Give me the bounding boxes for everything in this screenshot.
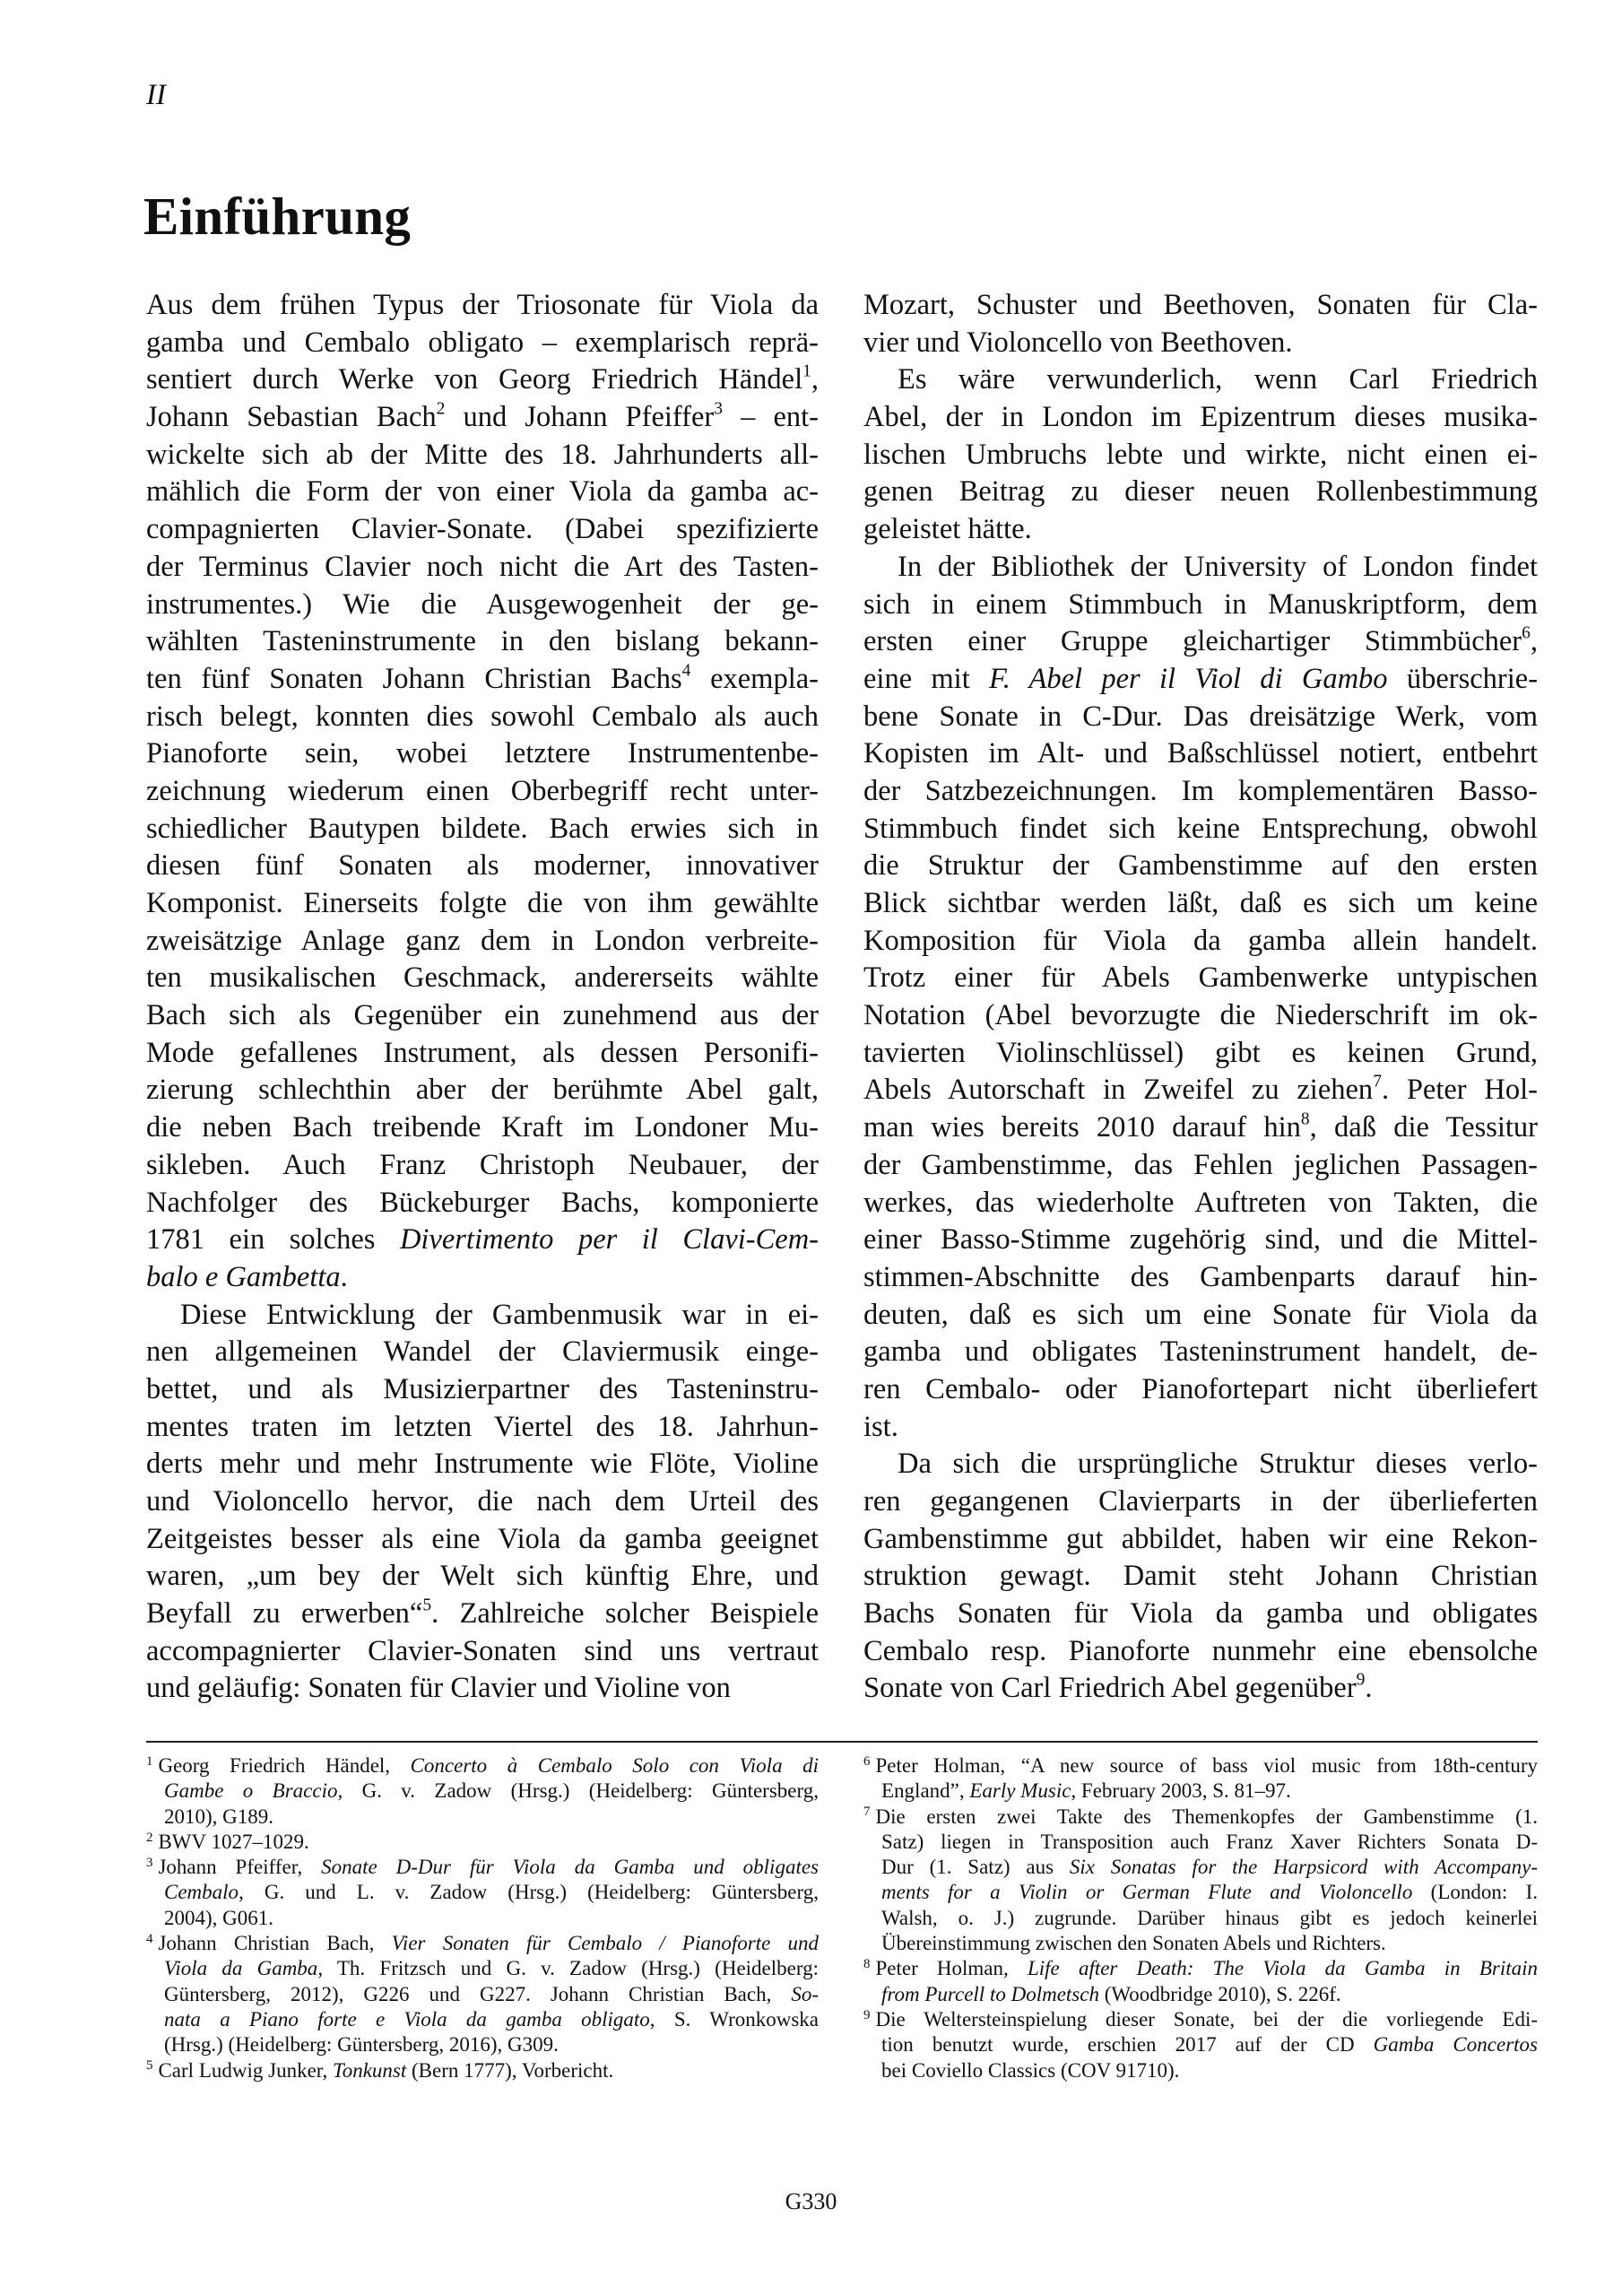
text-run: Die ersten zwei Takte des Themenkopfes d… bbox=[875, 1805, 1538, 1828]
text-run: ist. bbox=[863, 1411, 898, 1443]
text-line: compagnierten Clavier-Sonate. (Dabei spe… bbox=[146, 511, 819, 549]
footnote-7: 7Die ersten zwei Takte des Themenkopfes … bbox=[863, 1805, 1538, 1957]
text-run: , bbox=[1531, 625, 1538, 657]
text-run: (Bern 1777), Vorbericht. bbox=[406, 2059, 613, 2082]
body-column-left: Aus dem frühen Typus der Triosonate für … bbox=[146, 287, 819, 1708]
text-line: Komposition für Viola da gamba allein ha… bbox=[863, 923, 1538, 961]
footnote-number: 9 bbox=[863, 2008, 870, 2022]
text-line: der Gambenstimme, das Fehlen jeglichen P… bbox=[863, 1147, 1538, 1185]
footnote-line: 1Georg Friedrich Händel, Concerto à Cemb… bbox=[146, 1753, 819, 1779]
text-line: und geläufig: Sonaten für Clavier und Vi… bbox=[146, 1670, 819, 1708]
text-run: Zeitgeistes besser als eine Viola da gam… bbox=[146, 1523, 819, 1555]
text-run: . bbox=[341, 1261, 348, 1293]
footnote-line: 6Peter Holman, “A new source of bass vio… bbox=[863, 1753, 1538, 1779]
footnote-ref[interactable]: 3 bbox=[714, 399, 723, 418]
footnote-line: 2BWV 1027–1029. bbox=[146, 1830, 819, 1855]
text-line: gamba und obligates Tasteninstrument han… bbox=[863, 1334, 1538, 1371]
text-run: Komposition für Viola da gamba allein ha… bbox=[863, 925, 1538, 957]
text-line: mählich die Form der von einer Viola da … bbox=[146, 474, 819, 511]
text-run: ren Cembalo- oder Pianofortepart nicht ü… bbox=[863, 1373, 1538, 1405]
text-line: ren Cembalo- oder Pianofortepart nicht ü… bbox=[863, 1371, 1538, 1409]
footnote-8: 8Peter Holman, Life after Death: The Vio… bbox=[863, 1956, 1538, 2007]
footnote-line: Walsh, o. J.) zugrunde. Darüber hinaus g… bbox=[863, 1906, 1538, 1931]
text-run: mählich die Form der von einer Viola da … bbox=[146, 475, 819, 508]
page-number: G330 bbox=[0, 2188, 1622, 2215]
text-line: lischen Umbruchs lebte und wirkte, nicht… bbox=[863, 437, 1538, 474]
text-line: stimmen-Abschnitte des Gambenparts darau… bbox=[863, 1259, 1538, 1297]
footnote-line: bei Coviello Classics (COV 91710). bbox=[863, 2058, 1538, 2083]
text-run: , S. Wronkowska bbox=[650, 2008, 819, 2031]
text-run: Aus dem frühen Typus der Triosonate für … bbox=[146, 289, 819, 321]
text-run: lischen Umbruchs lebte und wirkte, nicht… bbox=[863, 439, 1538, 471]
footnote-ref[interactable]: 6 bbox=[1522, 624, 1531, 643]
footnote-number: 7 bbox=[863, 1805, 870, 1819]
footnote-line: England”, Early Music, February 2003, S.… bbox=[863, 1779, 1538, 1804]
italic-title: from Purcell to Dolmetsch bbox=[881, 1983, 1099, 2005]
text-line: Blick sichtbar werden läßt, daß es sich … bbox=[863, 885, 1538, 923]
text-run: Satz) liegen in Transposition auch Franz… bbox=[881, 1831, 1538, 1853]
text-run: Mozart, Schuster und Beethoven, Sonaten … bbox=[863, 289, 1538, 321]
footnotes-column-right: 6Peter Holman, “A new source of bass vio… bbox=[863, 1753, 1538, 2083]
text-run: wählten Tasteninstrumente in den bislang… bbox=[146, 625, 819, 657]
text-run: BWV 1027–1029. bbox=[158, 1831, 308, 1853]
text-run: zeichnung wiederum einen Oberbegriff rec… bbox=[146, 775, 819, 807]
roman-page-number: II bbox=[146, 79, 166, 112]
text-run: compagnierten Clavier-Sonate. (Dabei spe… bbox=[146, 513, 819, 545]
text-run: (Hrsg.) (Heidelberg: Güntersberg, 2016),… bbox=[164, 2033, 559, 2056]
footnote-line: Viola da Gamba, Th. Fritzsch und G. v. Z… bbox=[146, 1956, 819, 1981]
footnote-number: 5 bbox=[146, 2058, 152, 2073]
text-run: Gambenstimme gut abbildet, haben wir ein… bbox=[863, 1523, 1538, 1555]
footnote-ref[interactable]: 9 bbox=[1357, 1671, 1366, 1690]
footnote-line: ments for a Violin or German Flute and V… bbox=[863, 1880, 1538, 1905]
text-run: Güntersberg, 2012), G226 und G227. Johan… bbox=[164, 1983, 791, 2005]
footnote-ref[interactable]: 1 bbox=[802, 362, 811, 381]
italic-title: Vier Sonaten für Cembalo / Pianoforte un… bbox=[392, 1932, 819, 1954]
text-line: Diese Entwicklung der Gambenmusik war in… bbox=[146, 1297, 819, 1335]
text-run: England”, bbox=[881, 1779, 969, 1802]
text-run: , bbox=[811, 363, 819, 396]
italic-title: Life after Death: The Viola da Gamba in … bbox=[1028, 1957, 1538, 1979]
text-line: risch belegt, konnten dies sowohl Cembal… bbox=[146, 699, 819, 736]
text-line: wählten Tasteninstrumente in den bislang… bbox=[146, 623, 819, 661]
italic-title: ments for a Violin or German Flute and V… bbox=[881, 1881, 1412, 1903]
footnote-line: 4Johann Christian Bach, Vier Sonaten für… bbox=[146, 1931, 819, 1956]
text-run: ren gegangenen Clavierparts in der überl… bbox=[863, 1485, 1538, 1518]
text-run: und geläufig: Sonaten für Clavier und Vi… bbox=[146, 1672, 731, 1704]
text-line: struktion gewagt. Damit steht Johann Chr… bbox=[863, 1558, 1538, 1596]
text-run: stimmen-Abschnitte des Gambenparts darau… bbox=[863, 1261, 1538, 1293]
footnote-number: 4 bbox=[146, 1932, 152, 1946]
text-line: der Satzbezeichnungen. Im komplementären… bbox=[863, 773, 1538, 811]
text-run: Pianoforte sein, wobei letztere Instrume… bbox=[146, 737, 819, 770]
text-run: der Gambenstimme, das Fehlen jeglichen P… bbox=[863, 1149, 1538, 1181]
text-line: diesen fünf Sonaten als moderner, innova… bbox=[146, 848, 819, 885]
footnote-ref[interactable]: 2 bbox=[437, 399, 446, 418]
text-run: accompagnierter Clavier-Sonaten sind uns… bbox=[146, 1635, 819, 1667]
footnote-line: nata a Piano forte e Viola da gamba obli… bbox=[146, 2007, 819, 2032]
text-run: Abel, der in London im Epizentrum dieses… bbox=[863, 401, 1538, 433]
text-run: Stimmbuch findet sich keine Entsprechung… bbox=[863, 813, 1538, 845]
text-run: Bach sich als Gegenüber ein zunehmend au… bbox=[146, 999, 819, 1031]
text-run: geleistet hätte. bbox=[863, 513, 1032, 545]
text-run: 2010), G189. bbox=[164, 1805, 273, 1828]
footnotes-column-left: 1Georg Friedrich Händel, Concerto à Cemb… bbox=[146, 1753, 819, 2083]
text-line: nen allgemeinen Wandel der Claviermusik … bbox=[146, 1334, 819, 1371]
text-run: 1781 ein solches bbox=[146, 1223, 400, 1256]
text-run: Komponist. Einerseits folgte die von ihm… bbox=[146, 887, 819, 919]
text-run: struktion gewagt. Damit steht Johann Chr… bbox=[863, 1560, 1538, 1592]
footnote-divider bbox=[146, 1741, 1538, 1743]
text-run: Blick sichtbar werden läßt, daß es sich … bbox=[863, 887, 1538, 919]
text-run: (Woodbridge 2010), S. 226f. bbox=[1099, 1983, 1341, 2005]
text-run: 2004), G061. bbox=[164, 1907, 273, 1929]
text-line: Cembalo resp. Pianoforte nunmehr eine eb… bbox=[863, 1633, 1538, 1671]
text-line: Beyfall zu erwerben“5. Zahlreiche solche… bbox=[146, 1596, 819, 1633]
footnote-5: 5Carl Ludwig Junker, Tonkunst (Bern 1777… bbox=[146, 2058, 819, 2083]
text-run: Georg Friedrich Händel, bbox=[158, 1754, 410, 1777]
footnote-line: 8Peter Holman, Life after Death: The Vio… bbox=[863, 1956, 1538, 1981]
text-line: Zeitgeistes besser als eine Viola da gam… bbox=[146, 1521, 819, 1559]
footnote-line: tion benutzt wurde, erschien 2017 auf de… bbox=[863, 2032, 1538, 2057]
text-run: Johann Pfeiffer, bbox=[158, 1856, 321, 1878]
italic-title: nata a Piano forte e Viola da gamba obli… bbox=[164, 2008, 650, 2031]
footnote-number: 6 bbox=[863, 1754, 870, 1769]
text-run: , daß die Tessitur bbox=[1310, 1111, 1538, 1144]
text-run: Johann Christian Bach, bbox=[158, 1932, 391, 1954]
text-line: 1781 ein solches Divertimento per il Cla… bbox=[146, 1222, 819, 1259]
text-run: Carl Ludwig Junker, bbox=[158, 2059, 333, 2082]
text-run: eine mit bbox=[863, 663, 989, 695]
text-line: vier und Violoncello von Beethoven. bbox=[863, 325, 1538, 362]
text-run: instrumentes.) Wie die Ausgewogenheit de… bbox=[146, 588, 819, 621]
text-line: ist. bbox=[863, 1409, 1538, 1447]
footnote-number: 1 bbox=[146, 1754, 152, 1769]
text-run: deuten, daß es sich um eine Sonate für V… bbox=[863, 1299, 1538, 1331]
text-run: Trotz einer für Abels Gambenwerke untypi… bbox=[863, 961, 1538, 994]
italic-title: Concerto à Cembalo Solo con Viola di bbox=[411, 1754, 819, 1777]
italic-title: Cembalo bbox=[164, 1881, 239, 1903]
text-line: ten musikalischen Geschmack, andererseit… bbox=[146, 960, 819, 997]
text-line: ersten einer Gruppe gleichartiger Stimmb… bbox=[863, 623, 1538, 661]
italic-title: Six Sonatas for the Harpsicord with Acco… bbox=[1070, 1856, 1538, 1878]
text-line: instrumentes.) Wie die Ausgewogenheit de… bbox=[146, 587, 819, 624]
text-run: Mode gefallenes Instrument, als dessen P… bbox=[146, 1037, 819, 1069]
text-run: Cembalo resp. Pianoforte nunmehr eine eb… bbox=[863, 1635, 1538, 1667]
italic-title: Gamba Concertos bbox=[1374, 2033, 1538, 2056]
footnote-ref[interactable]: 5 bbox=[422, 1596, 431, 1614]
text-line: deuten, daß es sich um eine Sonate für V… bbox=[863, 1297, 1538, 1335]
text-run: ten fünf Sonaten Johann Christian Bachs bbox=[146, 663, 682, 695]
text-run: , Th. Fritzsch und G. v. Zadow (Hrsg.) (… bbox=[317, 1957, 819, 1979]
text-line: und Violoncello hervor, die nach dem Urt… bbox=[146, 1483, 819, 1521]
footnote-number: 8 bbox=[863, 1957, 870, 1971]
text-line: man wies bereits 2010 darauf hin8, daß d… bbox=[863, 1109, 1538, 1147]
footnote-number: 3 bbox=[146, 1856, 152, 1870]
text-run: der Satzbezeichnungen. Im komplementären… bbox=[863, 775, 1538, 807]
text-line: Komponist. Einerseits folgte die von ihm… bbox=[146, 885, 819, 923]
text-run: Nachfolger des Bückeburger Bachs, kompon… bbox=[146, 1187, 819, 1219]
text-line: Stimmbuch findet sich keine Entsprechung… bbox=[863, 811, 1538, 848]
text-line: Nachfolger des Bückeburger Bachs, kompon… bbox=[146, 1185, 819, 1222]
text-line: der Terminus Clavier noch nicht die Art … bbox=[146, 549, 819, 587]
text-line: ren gegangenen Clavierparts in der überl… bbox=[863, 1483, 1538, 1521]
text-line: waren, „um bey der Welt sich künftig Ehr… bbox=[146, 1558, 819, 1596]
text-run: Walsh, o. J.) zugrunde. Darüber hinaus g… bbox=[881, 1907, 1538, 1929]
text-line: die neben Bach treibende Kraft im London… bbox=[146, 1109, 819, 1147]
text-line: die Struktur der Gambenstimme auf den er… bbox=[863, 848, 1538, 885]
text-run: sikleben. Auch Franz Christoph Neubauer,… bbox=[146, 1149, 819, 1181]
footnote-number: 2 bbox=[146, 1831, 152, 1845]
footnote-ref[interactable]: 7 bbox=[1373, 1073, 1382, 1091]
text-line: Sonate von Carl Friedrich Abel gegenüber… bbox=[863, 1670, 1538, 1708]
footnote-9: 9Die Weltersteinspielung dieser Sonate, … bbox=[863, 2007, 1538, 2083]
text-run: ersten einer Gruppe gleichartiger Stimmb… bbox=[863, 625, 1522, 657]
text-run: und Violoncello hervor, die nach dem Urt… bbox=[146, 1485, 819, 1518]
text-run: zweisätzige Anlage ganz dem in London ve… bbox=[146, 925, 819, 957]
italic-title: Viola da Gamba bbox=[164, 1957, 317, 1979]
text-line: bettet, und als Musizierpartner des Tast… bbox=[146, 1371, 819, 1409]
page-title: Einführung bbox=[143, 190, 411, 243]
text-line: sich in einem Stimmbuch in Manuskriptfor… bbox=[863, 587, 1538, 624]
footnote-line: Cembalo, G. und L. v. Zadow (Hrsg.) (Hei… bbox=[146, 1880, 819, 1905]
text-run: – ent- bbox=[723, 401, 819, 433]
italic-title: Gambe o Braccio bbox=[164, 1779, 337, 1802]
body-column-right: Mozart, Schuster und Beethoven, Sonaten … bbox=[863, 287, 1538, 1708]
text-run: Beyfall zu erwerben“ bbox=[146, 1597, 422, 1630]
italic-title: Divertimento per il Clavi-Cem- bbox=[400, 1223, 819, 1256]
text-run: Sonate von Carl Friedrich Abel gegenüber bbox=[863, 1672, 1357, 1704]
text-line: Pianoforte sein, wobei letztere Instrume… bbox=[146, 735, 819, 773]
footnote-line: 7Die ersten zwei Takte des Themenkopfes … bbox=[863, 1805, 1538, 1830]
text-run: genen Beitrag zu dieser neuen Rollenbest… bbox=[863, 475, 1538, 508]
footnote-line: 2004), G061. bbox=[146, 1906, 819, 1931]
italic-title: F. Abel per il Viol di Gambo bbox=[989, 663, 1388, 695]
text-run: Johann Sebastian Bach bbox=[146, 401, 437, 433]
text-run: Dur (1. Satz) aus bbox=[881, 1856, 1070, 1878]
text-line: Da sich die ursprüngliche Struktur diese… bbox=[863, 1446, 1538, 1483]
text-run: tavierten Violinschlüssel) gibt es keine… bbox=[863, 1037, 1538, 1069]
text-run: tion benutzt wurde, erschien 2017 auf de… bbox=[881, 2033, 1374, 2056]
text-run: . bbox=[1365, 1672, 1372, 1704]
text-run: zierung schlechthin aber der berühmte Ab… bbox=[146, 1074, 819, 1106]
footnote-line: 2010), G189. bbox=[146, 1805, 819, 1830]
text-run: vier und Violoncello von Beethoven. bbox=[863, 326, 1293, 359]
italic-title: balo e Gambetta bbox=[146, 1261, 341, 1293]
text-line: Bach sich als Gegenüber ein zunehmend au… bbox=[146, 997, 819, 1035]
text-run: diesen fünf Sonaten als moderner, innova… bbox=[146, 849, 819, 882]
text-run: der Terminus Clavier noch nicht die Art … bbox=[146, 551, 819, 583]
text-run: die Struktur der Gambenstimme auf den er… bbox=[863, 849, 1538, 882]
italic-title: Sonate D-Dur für Viola da Gamba und obli… bbox=[321, 1856, 819, 1878]
text-run: Übereinstimmung zwischen den Sonaten Abe… bbox=[881, 1932, 1386, 1954]
text-run: Da sich die ursprüngliche Struktur diese… bbox=[898, 1448, 1538, 1480]
footnote-ref[interactable]: 4 bbox=[682, 661, 691, 680]
text-run: Es wäre verwunderlich, wenn Carl Friedri… bbox=[898, 363, 1538, 396]
text-run: Peter Holman, bbox=[875, 1957, 1028, 1979]
footnote-3: 3Johann Pfeiffer, Sonate D-Dur für Viola… bbox=[146, 1855, 819, 1931]
text-line: zweisätzige Anlage ganz dem in London ve… bbox=[146, 923, 819, 961]
text-run: (London: I. bbox=[1412, 1881, 1538, 1903]
text-run: bene Sonate in C-Dur. Das dreisätzige We… bbox=[863, 700, 1538, 733]
text-line: genen Beitrag zu dieser neuen Rollenbest… bbox=[863, 474, 1538, 511]
footnote-line: 3Johann Pfeiffer, Sonate D-Dur für Viola… bbox=[146, 1855, 819, 1880]
text-line: bene Sonate in C-Dur. Das dreisätzige We… bbox=[863, 699, 1538, 736]
footnote-1: 1Georg Friedrich Händel, Concerto à Cemb… bbox=[146, 1753, 819, 1830]
footnote-4: 4Johann Christian Bach, Vier Sonaten für… bbox=[146, 1931, 819, 2057]
text-line: tavierten Violinschlüssel) gibt es keine… bbox=[863, 1035, 1538, 1073]
text-run: In der Bibliothek der University of Lond… bbox=[898, 551, 1538, 583]
text-line: Trotz einer für Abels Gambenwerke untypi… bbox=[863, 960, 1538, 997]
text-line: einer Basso-Stimme zugehörig sind, und d… bbox=[863, 1222, 1538, 1259]
text-run: sentiert durch Werke von Georg Friedrich… bbox=[146, 363, 802, 396]
footnote-line: Güntersberg, 2012), G226 und G227. Johan… bbox=[146, 1982, 819, 2007]
text-line: Mode gefallenes Instrument, als dessen P… bbox=[146, 1035, 819, 1073]
text-line: zeichnung wiederum einen Oberbegriff rec… bbox=[146, 773, 819, 811]
text-run: die neben Bach treibende Kraft im London… bbox=[146, 1111, 819, 1144]
text-line: Notation (Abel bevorzugte die Niederschr… bbox=[863, 997, 1538, 1035]
text-run: einer Basso-Stimme zugehörig sind, und d… bbox=[863, 1223, 1538, 1256]
italic-title: Tonkunst bbox=[333, 2059, 406, 2082]
text-run: gamba und Cembalo obligato – exemplarisc… bbox=[146, 326, 819, 359]
italic-title: Early Music bbox=[969, 1779, 1071, 1802]
text-run: nen allgemeinen Wandel der Claviermusik … bbox=[146, 1335, 819, 1368]
text-run: Bachs Sonaten für Viola da gamba und obl… bbox=[863, 1597, 1538, 1630]
footnote-ref[interactable]: 8 bbox=[1301, 1109, 1310, 1128]
text-line: sentiert durch Werke von Georg Friedrich… bbox=[146, 361, 819, 399]
text-line: Es wäre verwunderlich, wenn Carl Friedri… bbox=[863, 361, 1538, 399]
text-line: derts mehr und mehr Instrumente wie Flöt… bbox=[146, 1446, 819, 1483]
text-run: schiedlicher Bautypen bildete. Bach erwi… bbox=[146, 813, 819, 845]
footnote-line: 5Carl Ludwig Junker, Tonkunst (Bern 1777… bbox=[146, 2058, 819, 2083]
text-line: Johann Sebastian Bach2 und Johann Pfeiff… bbox=[146, 399, 819, 437]
text-line: Bachs Sonaten für Viola da gamba und obl… bbox=[863, 1596, 1538, 1633]
text-run: bettet, und als Musizierpartner des Tast… bbox=[146, 1373, 819, 1405]
footnote-line: Übereinstimmung zwischen den Sonaten Abe… bbox=[863, 1931, 1538, 1956]
text-line: werkes, das wiederholte Auftreten von Ta… bbox=[863, 1185, 1538, 1222]
footnote-6: 6Peter Holman, “A new source of bass vio… bbox=[863, 1753, 1538, 1805]
text-line: In der Bibliothek der University of Lond… bbox=[863, 549, 1538, 587]
text-run: Notation (Abel bevorzugte die Niederschr… bbox=[863, 999, 1538, 1031]
footnote-line: (Hrsg.) (Heidelberg: Güntersberg, 2016),… bbox=[146, 2032, 819, 2057]
text-run: wickelte sich ab der Mitte des 18. Jahrh… bbox=[146, 439, 819, 471]
text-line: schiedlicher Bautypen bildete. Bach erwi… bbox=[146, 811, 819, 848]
text-run: . Peter Hol- bbox=[1382, 1074, 1538, 1106]
text-line: Abels Autorschaft in Zweifel zu ziehen7.… bbox=[863, 1072, 1538, 1109]
text-run: werkes, das wiederholte Auftreten von Ta… bbox=[863, 1187, 1538, 1219]
text-run: , February 2003, S. 81–97. bbox=[1071, 1779, 1290, 1802]
text-run: gamba und obligates Tasteninstrument han… bbox=[863, 1335, 1538, 1368]
text-run: derts mehr und mehr Instrumente wie Flöt… bbox=[146, 1448, 819, 1480]
text-run: Kopisten im Alt- und Baßschlüssel notier… bbox=[863, 737, 1538, 770]
text-line: geleistet hätte. bbox=[863, 511, 1538, 549]
text-run: überschrie- bbox=[1388, 663, 1538, 695]
text-run: Abels Autorschaft in Zweifel zu ziehen bbox=[863, 1074, 1373, 1106]
text-line: Abel, der in London im Epizentrum dieses… bbox=[863, 399, 1538, 437]
text-run: Die Weltersteinspielung dieser Sonate, b… bbox=[875, 2008, 1538, 2031]
text-run: sich in einem Stimmbuch in Manuskriptfor… bbox=[863, 588, 1538, 621]
footnote-2: 2BWV 1027–1029. bbox=[146, 1830, 819, 1855]
text-run: ten musikalischen Geschmack, andererseit… bbox=[146, 961, 819, 994]
text-line: mentes traten im letzten Viertel des 18.… bbox=[146, 1409, 819, 1447]
text-run: und Johann Pfeiffer bbox=[445, 401, 714, 433]
footnote-line: 9Die Weltersteinspielung dieser Sonate, … bbox=[863, 2007, 1538, 2032]
text-run: bei Coviello Classics (COV 91710). bbox=[881, 2059, 1179, 2082]
text-line: wickelte sich ab der Mitte des 18. Jahrh… bbox=[146, 437, 819, 474]
text-run: man wies bereits 2010 darauf hin bbox=[863, 1111, 1301, 1144]
text-run: waren, „um bey der Welt sich künftig Ehr… bbox=[146, 1560, 819, 1592]
text-run: risch belegt, konnten dies sowohl Cembal… bbox=[146, 700, 819, 733]
text-run: , G. und L. v. Zadow (Hrsg.) (Heidelberg… bbox=[239, 1881, 819, 1903]
text-line: Kopisten im Alt- und Baßschlüssel notier… bbox=[863, 735, 1538, 773]
text-line: ten fünf Sonaten Johann Christian Bachs4… bbox=[146, 661, 819, 699]
text-run: , G. v. Zadow (Hrsg.) (Heidelberg: Günte… bbox=[337, 1779, 819, 1802]
text-run: . Zahlreiche solcher Beispiele bbox=[431, 1597, 819, 1630]
text-run: Diese Entwicklung der Gambenmusik war in… bbox=[180, 1299, 819, 1331]
footnote-line: Gambe o Braccio, G. v. Zadow (Hrsg.) (He… bbox=[146, 1779, 819, 1804]
footnote-line: Dur (1. Satz) aus Six Sonatas for the Ha… bbox=[863, 1855, 1538, 1880]
text-line: accompagnierter Clavier-Sonaten sind uns… bbox=[146, 1633, 819, 1671]
text-line: Gambenstimme gut abbildet, haben wir ein… bbox=[863, 1521, 1538, 1559]
text-line: gamba und Cembalo obligato – exemplarisc… bbox=[146, 325, 819, 362]
text-line: zierung schlechthin aber der berühmte Ab… bbox=[146, 1072, 819, 1109]
text-line: sikleben. Auch Franz Christoph Neubauer,… bbox=[146, 1147, 819, 1185]
footnote-line: from Purcell to Dolmetsch (Woodbridge 20… bbox=[863, 1982, 1538, 2007]
italic-title: So- bbox=[791, 1983, 819, 2005]
text-line: Aus dem frühen Typus der Triosonate für … bbox=[146, 287, 819, 325]
footnote-line: Satz) liegen in Transposition auch Franz… bbox=[863, 1830, 1538, 1855]
text-run: exempla- bbox=[690, 663, 819, 695]
text-line: eine mit F. Abel per il Viol di Gambo üb… bbox=[863, 661, 1538, 699]
text-line: Mozart, Schuster und Beethoven, Sonaten … bbox=[863, 287, 1538, 325]
text-run: Peter Holman, “A new source of bass viol… bbox=[875, 1754, 1538, 1777]
text-line: balo e Gambetta. bbox=[146, 1259, 819, 1297]
text-run: mentes traten im letzten Viertel des 18.… bbox=[146, 1411, 819, 1443]
